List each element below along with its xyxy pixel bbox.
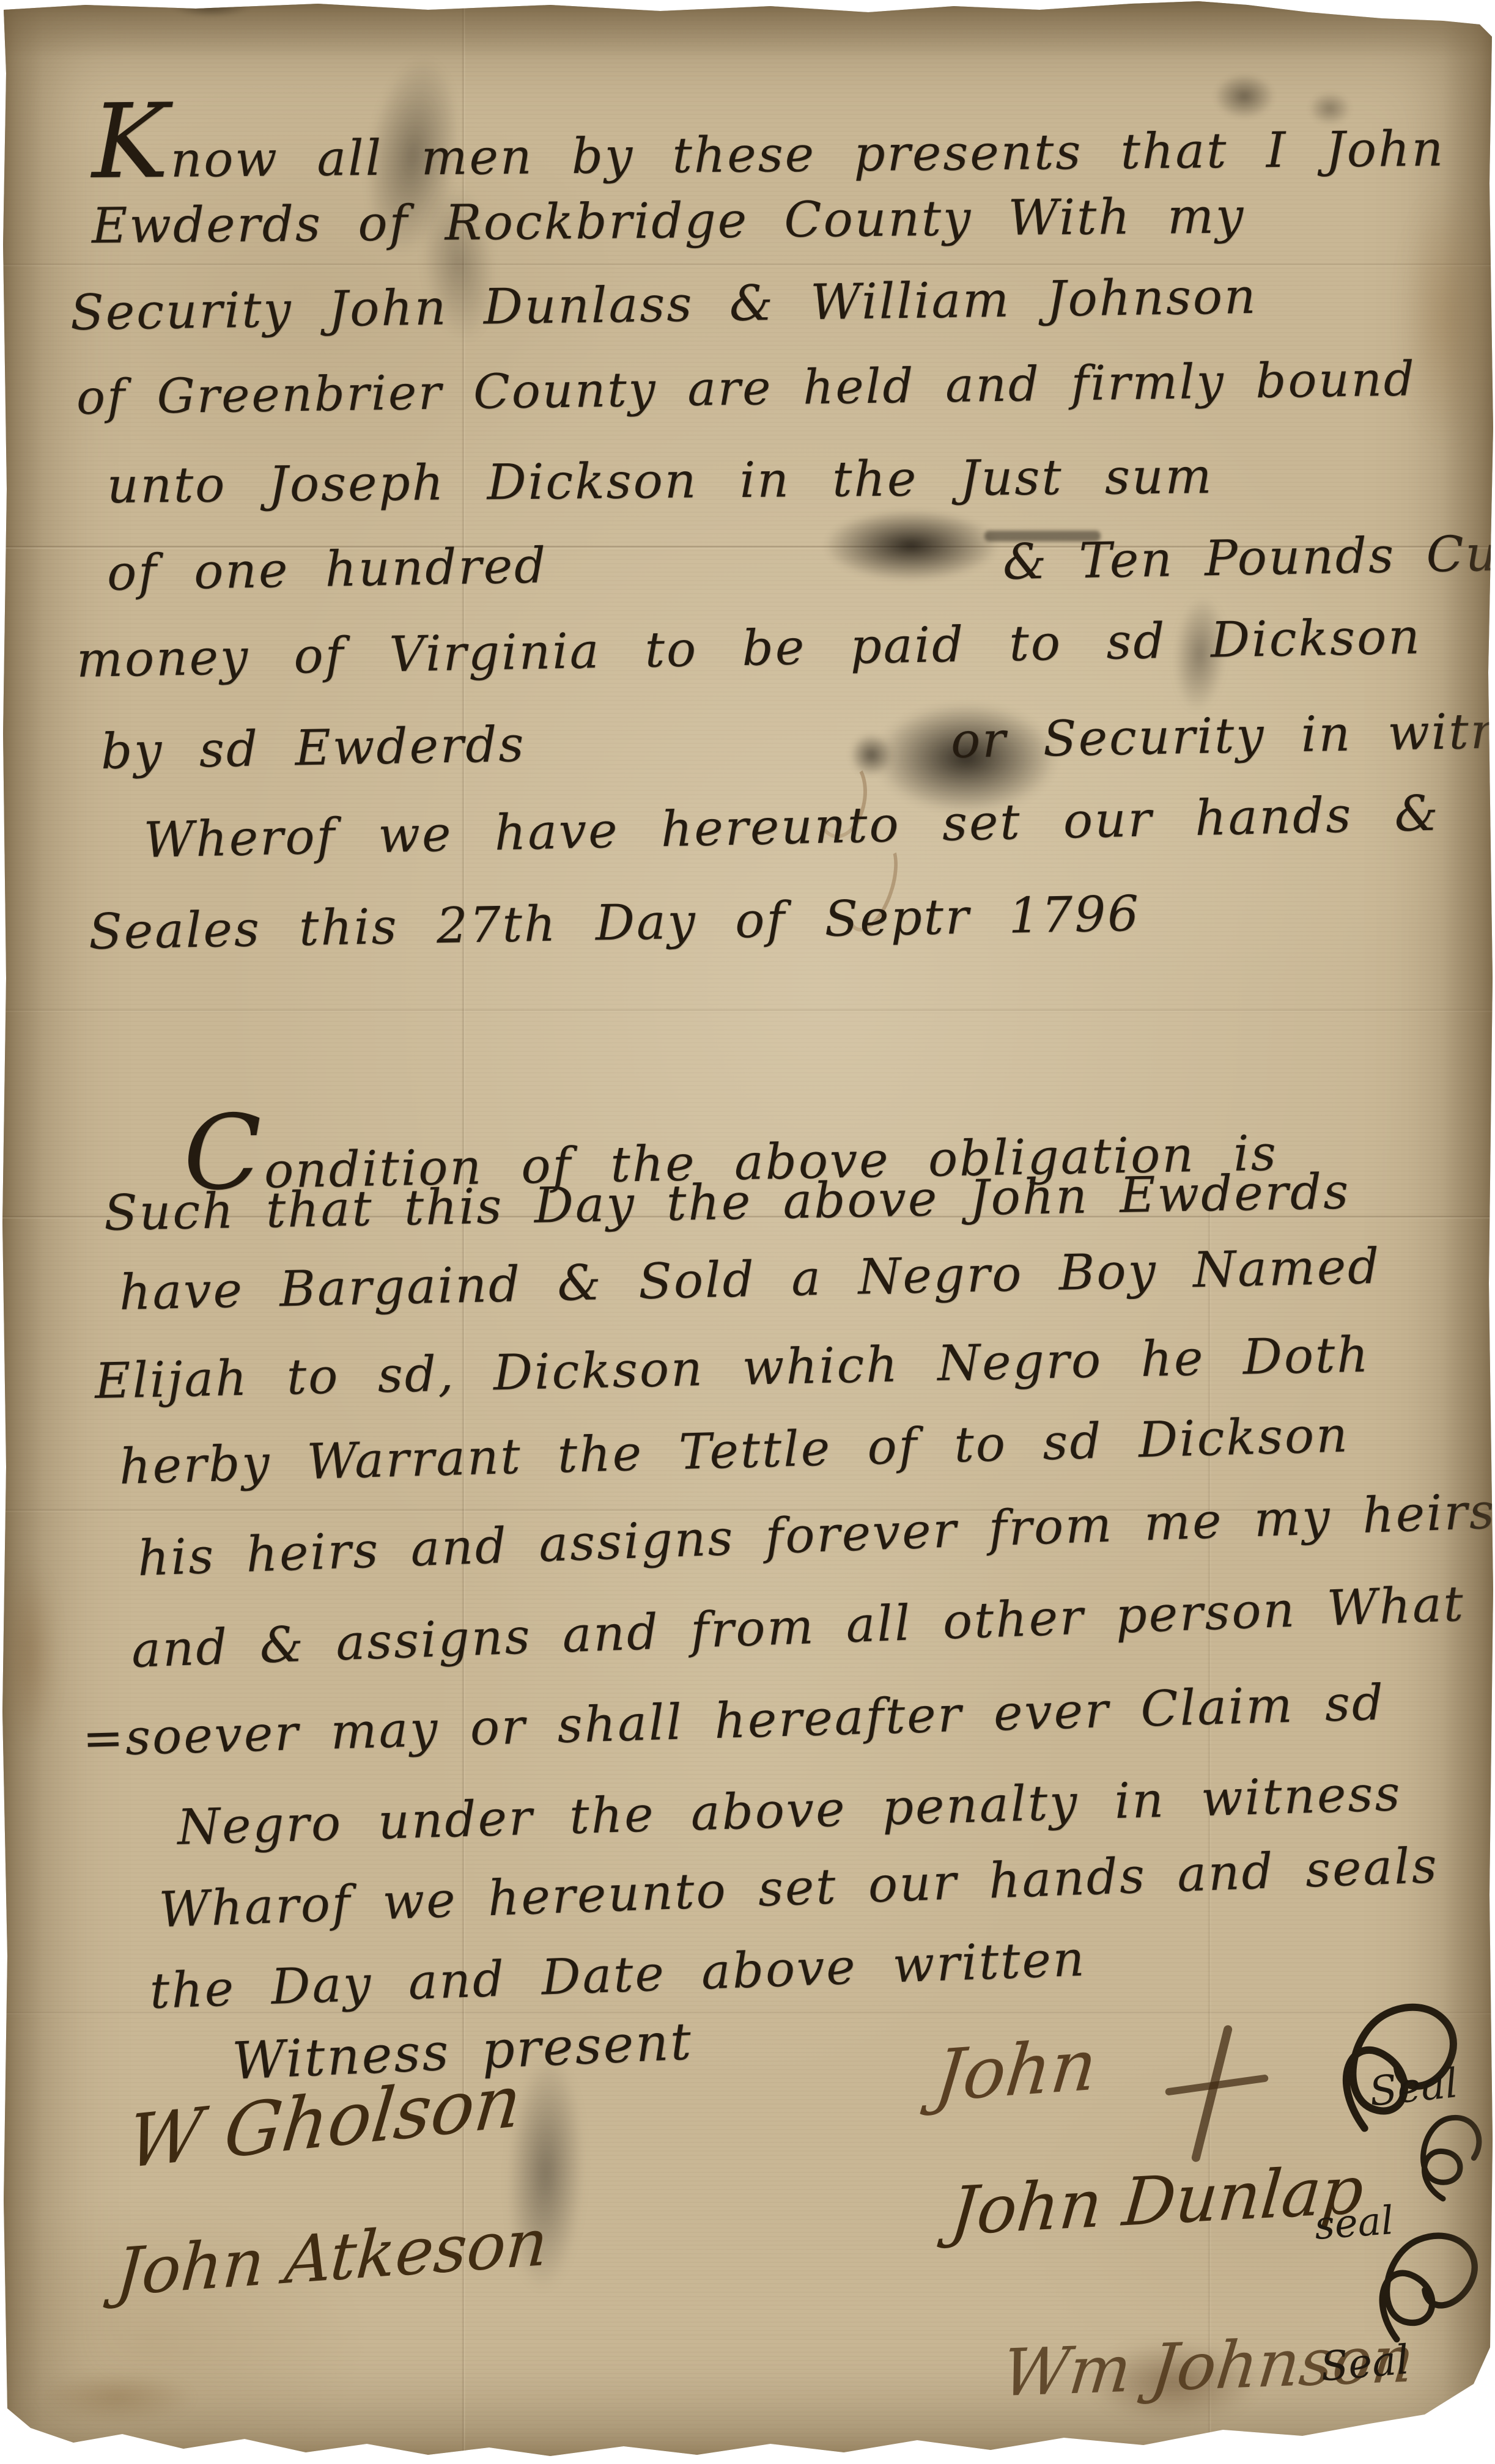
deed-line: herby Warrant the Tettle of to sd Dickso… xyxy=(119,1410,1350,1491)
deed-line: Know all men by these presents that I Jo… xyxy=(91,89,1445,185)
deed-line: money of Virginia to be paid to sd Dicks… xyxy=(76,612,1422,685)
deed-line: =soever may or shall hereafter ever Clai… xyxy=(82,1679,1386,1763)
deed-line: unto Joseph Dickson in the Just sum xyxy=(107,452,1214,510)
deed-line: & Ten Pounds Current xyxy=(1002,527,1495,587)
signature-john: John xyxy=(932,2030,1100,2113)
seal-label: Seal xyxy=(1319,2340,1411,2388)
john-mark xyxy=(1165,2023,1275,2170)
deed-line: the Day and Date above written xyxy=(149,1935,1087,2016)
ink-blot xyxy=(171,0,251,17)
deed-line: Ewderds of Rockbridge County With my xyxy=(92,192,1246,251)
ink-blot xyxy=(825,510,997,581)
fold-crease xyxy=(0,1009,1495,1012)
seal-flourish xyxy=(1388,2103,1495,2207)
fold-crease xyxy=(0,263,1495,267)
signature-dunlap: John Dunlap xyxy=(948,2157,1366,2245)
deed-line: or Security in witness xyxy=(950,705,1495,765)
deed-line: Seales this 27th Day of Septr 1796 xyxy=(88,889,1140,957)
deed-line: Elijah to sd, Dickson which Negro he Dot… xyxy=(94,1330,1370,1406)
deed-line: and & assigns and from all other person … xyxy=(131,1580,1466,1675)
witness-signature-gholson: W Gholson xyxy=(125,2064,525,2179)
deed-line: his heirs and assigns forever from me my… xyxy=(137,1487,1495,1583)
deed-line: Wherof we have hereunto set our hands & xyxy=(143,789,1440,865)
deed-line: have Bargaind & Sold a Negro Boy Named xyxy=(119,1242,1381,1317)
deed-line: Security John Dunlass & William Johnson xyxy=(70,272,1258,337)
deed-line: Negro under the above penalty in witness xyxy=(177,1769,1402,1852)
deed-line: of Greenbrier County are held and firmly… xyxy=(76,355,1416,422)
stain xyxy=(0,1559,58,1748)
witness-signature-atkeson: John Atkeson xyxy=(114,2210,550,2305)
stain xyxy=(37,2372,196,2424)
deed-line: by sd Ewderds xyxy=(100,720,526,776)
deed-line: of one hundred xyxy=(106,541,548,598)
stain xyxy=(1400,183,1492,446)
deed-line: Wharof we hereunto set our hands and sea… xyxy=(158,1841,1439,1935)
seal-label: Seal xyxy=(1368,2063,1460,2113)
ink-blot xyxy=(850,734,893,776)
seal-label: seal xyxy=(1313,2201,1395,2246)
document-page: Know all men by these presents that I Jo… xyxy=(0,0,1495,2464)
